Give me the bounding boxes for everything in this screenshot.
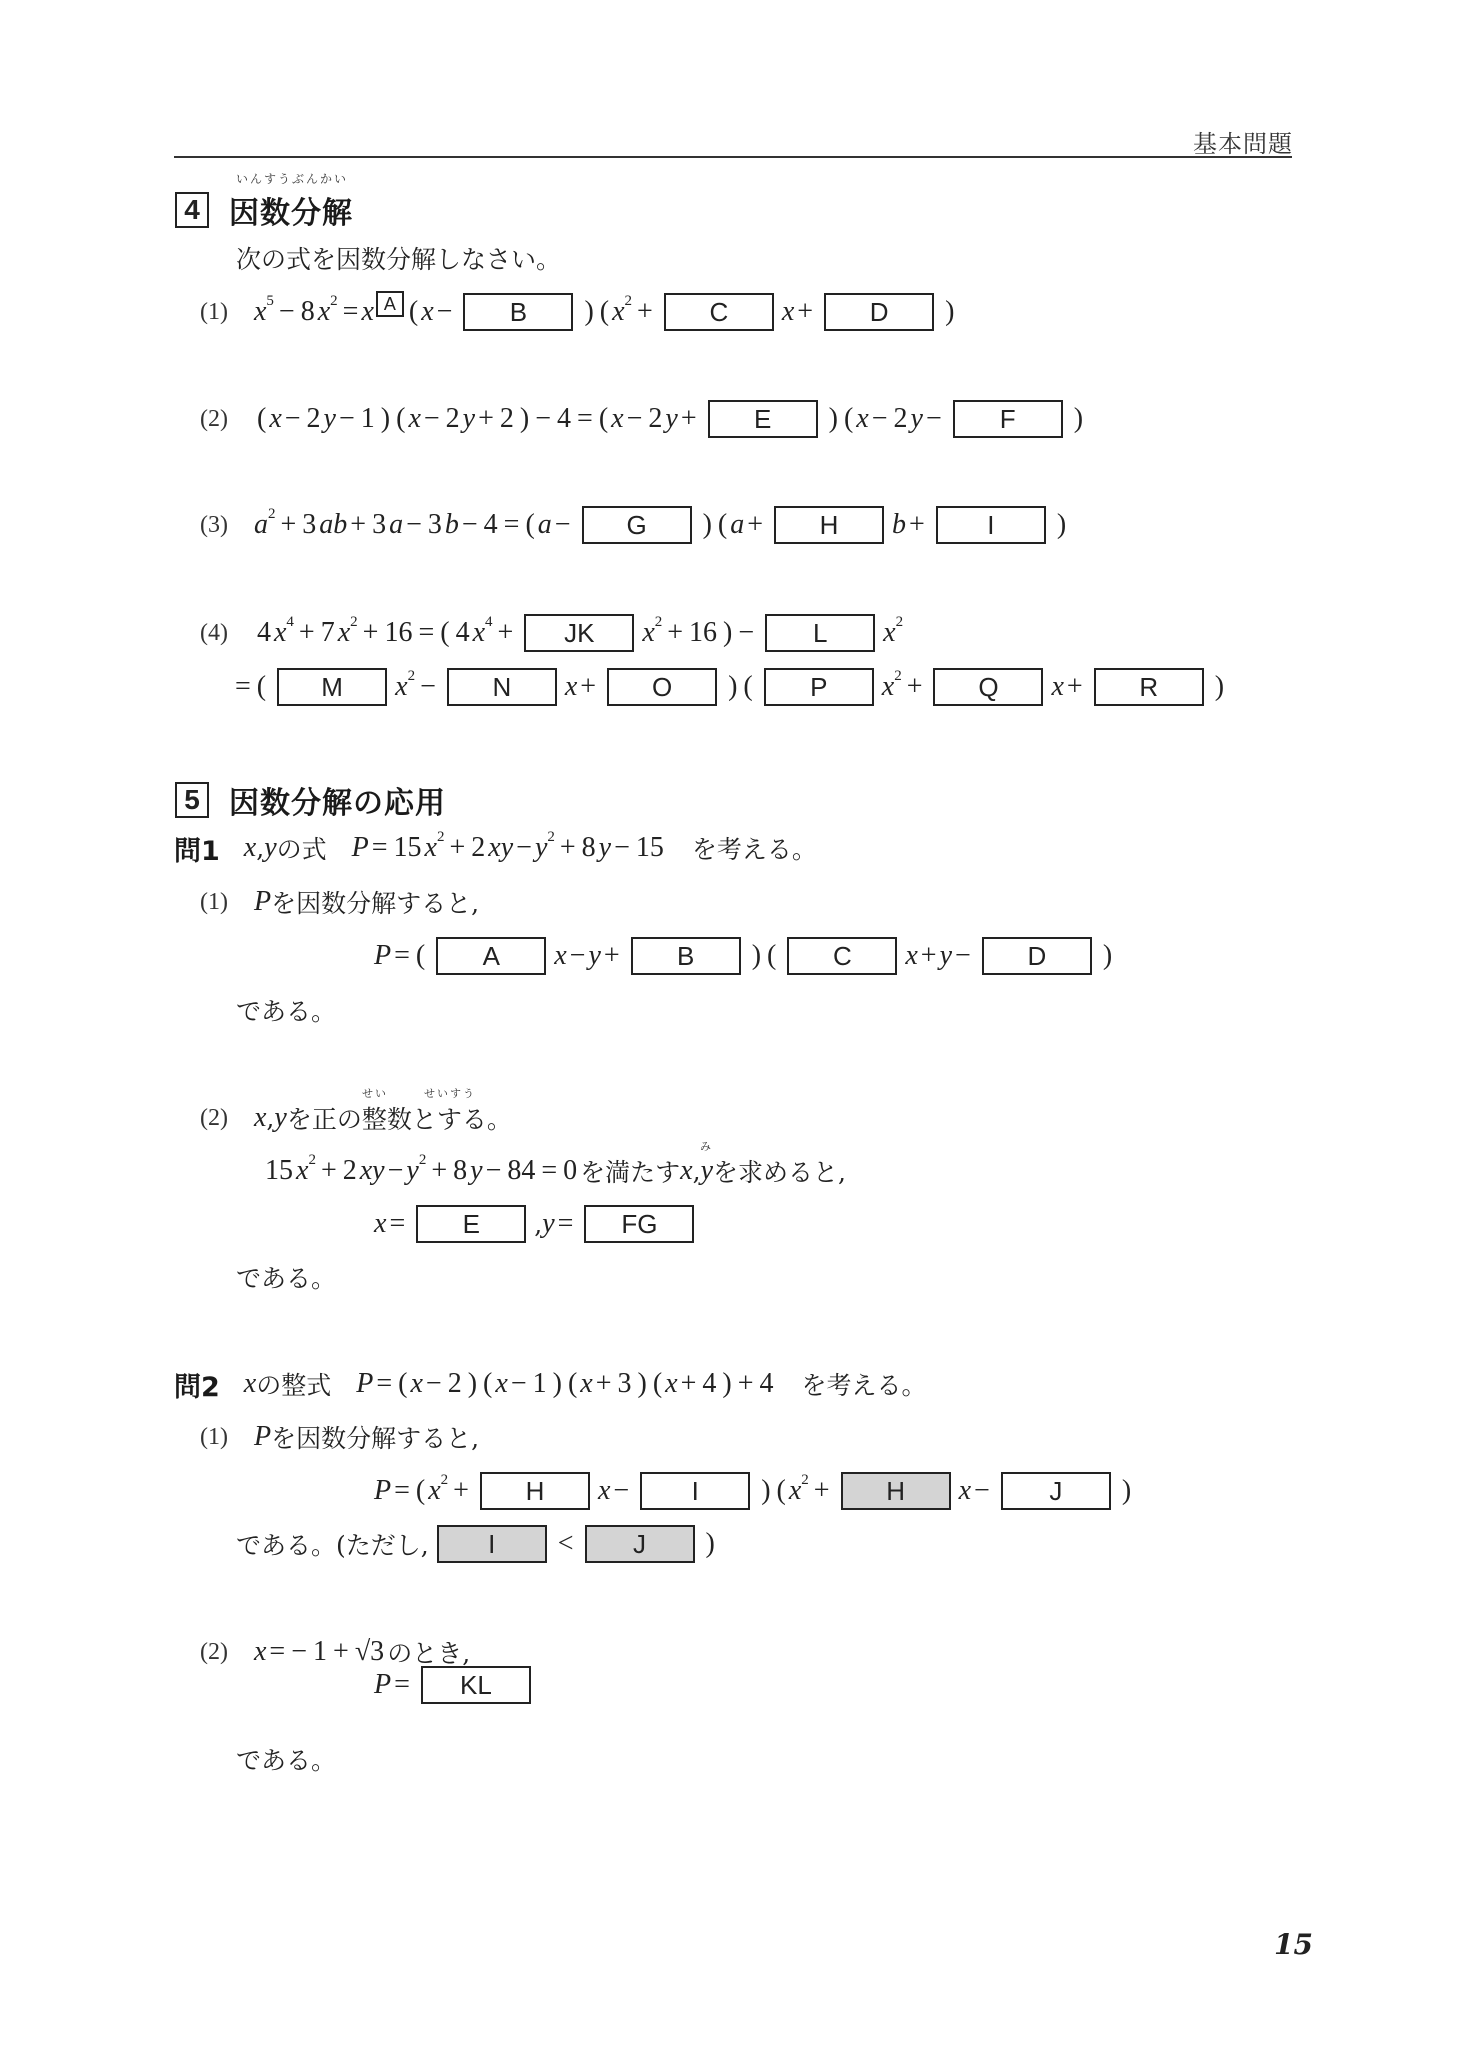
math-symbol: = <box>577 403 593 435</box>
exponent: 2 <box>441 1472 449 1489</box>
math-symbol: − <box>279 296 295 328</box>
math-symbol: ) <box>706 1528 715 1560</box>
math-symbol: − <box>555 509 571 541</box>
answer-box-shaded: I <box>437 1525 547 1563</box>
math-variable: x <box>665 1368 677 1400</box>
math-symbol: ( <box>398 1368 407 1400</box>
math-variable: P <box>254 1421 271 1453</box>
answer-box: E <box>416 1205 526 1243</box>
math-variable: y <box>535 832 547 864</box>
math-symbol: + <box>299 617 315 649</box>
math-symbol: − <box>424 403 440 435</box>
math-variable: x <box>882 671 894 703</box>
math-symbol: − <box>613 1475 629 1507</box>
math-variable: x <box>642 617 654 649</box>
exponent: 2 <box>408 668 416 685</box>
math-symbol: − <box>570 940 586 972</box>
math-symbol: ( <box>409 296 418 328</box>
math-symbol: 4 <box>702 1368 716 1400</box>
math-symbol: − <box>406 509 422 541</box>
answer-box: D <box>982 937 1092 975</box>
exponent: 5 <box>266 293 274 310</box>
math-symbol: ) <box>1103 940 1112 972</box>
math-symbol: = <box>418 617 434 649</box>
math-variable: x <box>361 296 373 328</box>
math-symbol: 15 <box>265 1155 293 1187</box>
math-symbol: = <box>269 1636 285 1668</box>
math-variable: x <box>374 1208 386 1240</box>
math-symbol: − <box>486 1155 502 1187</box>
math-symbol: − <box>516 832 532 864</box>
math-symbol: 16 <box>384 617 412 649</box>
math-variable: a <box>254 509 268 541</box>
answer-box: L <box>765 614 875 652</box>
math-symbol: ( <box>568 1368 577 1400</box>
math-variable: P <box>352 832 369 864</box>
math-variable: x <box>425 832 437 864</box>
math-variable: x <box>244 832 256 864</box>
answer-box: C <box>664 293 774 331</box>
answer-box: Q <box>933 668 1043 706</box>
math-symbol: + <box>333 1636 349 1668</box>
row-s4-q3: (3)a2+3ab+3a−3b−4=(a−G)(a+Hb+I) <box>200 503 1069 547</box>
math-symbol: = <box>372 832 388 864</box>
math-symbol: 2 <box>307 403 321 435</box>
math-symbol: = <box>394 1475 410 1507</box>
math-symbol: + <box>498 617 514 649</box>
math-variable: x <box>905 940 917 972</box>
math-variable: y <box>470 1155 482 1187</box>
math-symbol: + <box>814 1475 830 1507</box>
row-s4-instruction: 次の式を因数分解しなさい。 <box>236 236 561 280</box>
text: , <box>256 834 264 863</box>
math-symbol: − <box>535 403 551 435</box>
math-symbol: ) <box>1215 671 1224 703</box>
text: を因数分解すると, <box>271 1419 479 1455</box>
exponent: 2 <box>350 614 358 631</box>
math-symbol: − <box>738 617 754 649</box>
answer-box: D <box>824 293 934 331</box>
math-symbol: = <box>394 1669 410 1701</box>
math-symbol: 84 <box>507 1155 535 1187</box>
math-symbol: ( <box>416 1475 425 1507</box>
item-label: (2) <box>200 406 228 433</box>
math-symbol: + <box>453 1475 469 1507</box>
answer-box: H <box>480 1472 590 1510</box>
math-symbol: + <box>478 403 494 435</box>
section-title: 因数分解の応用 <box>229 778 446 822</box>
row-s5-mon1-q1-end: である。 <box>236 988 336 1032</box>
answer-box: F <box>953 400 1063 438</box>
math-symbol: 0 <box>563 1155 577 1187</box>
math-symbol: − <box>627 403 643 435</box>
math-symbol: ) <box>638 1368 647 1400</box>
math-variable: x <box>410 1368 422 1400</box>
math-symbol: − <box>462 509 478 541</box>
exponent: 2 <box>801 1472 809 1489</box>
math-variable: b <box>445 509 459 541</box>
math-symbol: 4 <box>557 403 571 435</box>
math-symbol: 3 <box>372 509 386 541</box>
math-symbol: − <box>285 403 301 435</box>
math-variable: x <box>598 1475 610 1507</box>
answer-box: P <box>764 668 874 706</box>
math-symbol: ) <box>723 617 732 649</box>
section-4-heading: 4 因数分解 <box>175 188 353 232</box>
math-symbol: ( <box>743 671 752 703</box>
math-symbol: = <box>343 296 359 328</box>
math-symbol: ( <box>777 1475 786 1507</box>
math-symbol: < <box>558 1528 574 1560</box>
math-variable: x <box>296 1155 308 1187</box>
math-variable: x <box>408 403 420 435</box>
exponent: 2 <box>268 506 276 523</box>
answer-box: C <box>787 937 897 975</box>
row-s5-mon1-q2: (2)x, y を正の整数とする。 <box>200 1096 512 1140</box>
row-s5-mon1-q2-ans: x=E, y=FG <box>374 1202 702 1246</box>
math-symbol: 7 <box>321 617 335 649</box>
item-label: (2) <box>200 1639 228 1666</box>
math-variable: y <box>406 1155 418 1187</box>
text: である。 <box>236 992 336 1028</box>
math-symbol: + <box>907 671 923 703</box>
exponent: 4 <box>485 614 493 631</box>
math-symbol: ( <box>599 403 608 435</box>
math-symbol: − <box>420 671 436 703</box>
exponent: 2 <box>896 614 904 631</box>
row-s4-q4-line1: (4)4x4+7x2+16=(4x4+JKx2+16)−Lx2 <box>200 611 905 655</box>
math-symbol: 1 <box>533 1368 547 1400</box>
math-symbol: 2 <box>471 832 485 864</box>
row-s5-mon2: 問2x の整式 P=(x−2)(x−1)(x+3)(x+4)+4 を考える。 <box>174 1362 927 1406</box>
math-symbol: + <box>909 509 925 541</box>
math-symbol: − <box>437 296 453 328</box>
row-s5-mon2-q1: (1)P を因数分解すると, <box>200 1415 479 1459</box>
exponent: 2 <box>419 1152 427 1169</box>
math-symbol: + <box>681 403 697 435</box>
math-symbol: 2 <box>343 1155 357 1187</box>
math-variable: a <box>538 509 552 541</box>
math-variable: P <box>374 1669 391 1701</box>
math-symbol: + <box>560 832 576 864</box>
math-symbol: + <box>797 296 813 328</box>
text: である。 <box>236 1741 336 1777</box>
math-symbol: 2 <box>448 1368 462 1400</box>
math-variable: x <box>244 1368 256 1400</box>
item-label: (3) <box>200 512 228 539</box>
row-s5-mon1: 問1x, y の式 P=15x2+2xy−y2+8y−15 を考える。 <box>174 826 817 870</box>
math-symbol: ) <box>728 671 737 703</box>
math-symbol: ( <box>396 403 405 435</box>
answer-box-small: A <box>376 291 404 317</box>
math-symbol: 3 <box>618 1368 632 1400</box>
text: , <box>534 1210 542 1239</box>
math-variable: P <box>374 1475 391 1507</box>
math-symbol: + <box>604 940 620 972</box>
exponent: 2 <box>437 829 445 846</box>
math-variable: x <box>254 1636 266 1668</box>
math-symbol: − <box>291 1636 307 1668</box>
math-symbol: 3 <box>428 509 442 541</box>
math-symbol: 8 <box>301 296 315 328</box>
math-variable: x <box>1051 671 1063 703</box>
math-variable: x <box>611 403 623 435</box>
math-symbol: + <box>667 617 683 649</box>
math-symbol: ( <box>257 671 266 703</box>
section-4-ruby: いんすうぶんかい <box>236 170 348 187</box>
math-symbol: ( <box>416 940 425 972</box>
math-symbol: + <box>431 1155 447 1187</box>
text: , <box>693 1157 701 1186</box>
answer-box: JK <box>524 614 634 652</box>
math-symbol: = <box>504 509 520 541</box>
row-s4-q1: (1)x5−8x2=xA(x−B)(x2+Cx+D) <box>200 290 957 334</box>
math-symbol: 15 <box>636 832 664 864</box>
exponent: 4 <box>286 614 294 631</box>
math-variable: P <box>374 940 391 972</box>
answer-box: B <box>463 293 573 331</box>
answer-box: FG <box>584 1205 694 1243</box>
answer-box: M <box>277 668 387 706</box>
row-s5-mon1-q1: (1)P を因数分解すると, <box>200 880 479 924</box>
question-label: 問1 <box>174 829 220 868</box>
exponent: 2 <box>655 614 663 631</box>
math-variable: x <box>789 1475 801 1507</box>
math-symbol: − <box>339 403 355 435</box>
math-variable: x <box>565 671 577 703</box>
math-symbol: ) <box>468 1368 477 1400</box>
text: を満たす <box>580 1153 680 1189</box>
math-symbol: ) <box>722 1368 731 1400</box>
row-s5-mon2-q1-end: である。(ただし, I<J) <box>236 1522 718 1566</box>
math-symbol: − <box>926 403 942 435</box>
math-symbol: 3 <box>302 509 316 541</box>
math-symbol: + <box>681 1368 697 1400</box>
section-title: 因数分解 <box>229 188 353 232</box>
math-symbol: ) <box>584 296 593 328</box>
math-variable: x <box>254 296 266 328</box>
answer-box-shaded: H <box>841 1472 951 1510</box>
math-symbol: ) <box>1122 1475 1131 1507</box>
text: である。 <box>236 1259 336 1295</box>
math-symbol: + <box>280 509 296 541</box>
math-symbol: ) <box>703 509 712 541</box>
math-variable: y <box>940 940 952 972</box>
math-symbol: = <box>235 671 251 703</box>
item-label: (1) <box>200 299 228 326</box>
math-variable: b <box>892 509 906 541</box>
answer-box: H <box>774 506 884 544</box>
math-symbol: + <box>350 509 366 541</box>
text: を考える。 <box>667 830 817 866</box>
item-label: (4) <box>200 620 228 647</box>
math-symbol: + <box>1067 671 1083 703</box>
math-variable: x <box>254 1102 266 1134</box>
math-symbol: 4 <box>257 617 271 649</box>
math-variable: x <box>612 296 624 328</box>
text: 次の式を因数分解しなさい。 <box>236 240 561 276</box>
math-variable: x <box>883 617 895 649</box>
text: を因数分解すると, <box>271 884 479 920</box>
math-variable: x <box>680 1155 692 1187</box>
math-variable: a <box>389 509 403 541</box>
math-variable: y <box>542 1208 554 1240</box>
exponent: 2 <box>330 293 338 310</box>
math-variable: y <box>701 1155 713 1187</box>
math-variable: y <box>599 832 611 864</box>
math-variable: x <box>338 617 350 649</box>
math-variable: y <box>463 403 475 435</box>
math-symbol: ( <box>653 1368 662 1400</box>
row-s5-mon1-q1-eq: P=(Ax−y+B)(Cx+y−D) <box>374 934 1115 978</box>
row-s5-mon2-q2-eq: P=KL <box>374 1663 539 1707</box>
math-variable: x <box>580 1368 592 1400</box>
question-label: 問2 <box>174 1365 220 1404</box>
answer-box: KL <box>421 1666 531 1704</box>
section-number-badge: 4 <box>175 192 209 228</box>
math-symbol: + <box>580 671 596 703</box>
math-symbol: ( <box>257 403 266 435</box>
section-5-heading: 5 因数分解の応用 <box>175 778 446 822</box>
math-symbol: + <box>321 1155 337 1187</box>
math-variable: a <box>730 509 744 541</box>
math-symbol: 2 <box>446 403 460 435</box>
text: を正の整数とする。 <box>287 1100 512 1136</box>
item-label: (1) <box>200 1424 228 1451</box>
math-symbol: + <box>637 296 653 328</box>
exponent: 2 <box>547 829 555 846</box>
math-symbol: ( <box>483 1368 492 1400</box>
math-variable: x <box>782 296 794 328</box>
math-symbol: 8 <box>453 1155 467 1187</box>
answer-box: I <box>936 506 1046 544</box>
math-variable: y <box>264 832 276 864</box>
text: を求めると, <box>713 1153 846 1189</box>
math-symbol: + <box>363 617 379 649</box>
exponent: 2 <box>308 1152 316 1169</box>
math-symbol: − <box>426 1368 442 1400</box>
math-symbol: − <box>388 1155 404 1187</box>
math-variable: xy <box>488 832 513 864</box>
item-label: (1) <box>200 889 228 916</box>
text: である。(ただし, <box>236 1526 429 1562</box>
math-symbol: 15 <box>394 832 422 864</box>
page-header-title: 基本問題 <box>1193 124 1293 159</box>
math-variable: x <box>856 403 868 435</box>
answer-box: E <box>708 400 818 438</box>
math-symbol: ( <box>767 940 776 972</box>
header-rule <box>174 156 1292 158</box>
math-variable: x <box>269 403 281 435</box>
math-symbol: ( <box>844 403 853 435</box>
math-variable: x <box>495 1368 507 1400</box>
text: の整式 <box>256 1366 356 1402</box>
math-symbol: = <box>376 1368 392 1400</box>
math-symbol: ) <box>752 940 761 972</box>
math-variable: x <box>274 617 286 649</box>
exponent: 2 <box>894 668 902 685</box>
page-number: 15 <box>1274 1928 1313 1961</box>
math-symbol: + <box>596 1368 612 1400</box>
math-variable: P <box>356 1368 373 1400</box>
text: を考える。 <box>777 1366 927 1402</box>
math-variable: xy <box>360 1155 385 1187</box>
math-symbol: = <box>389 1208 405 1240</box>
math-symbol: ) <box>1074 403 1083 435</box>
math-symbol: ) <box>553 1368 562 1400</box>
math-symbol: ) <box>520 403 529 435</box>
math-symbol: + <box>747 509 763 541</box>
answer-box: G <box>582 506 692 544</box>
row-s5-mon2-q1-eq: P=(x2+Hx−I)(x2+Hx−J) <box>374 1469 1134 1513</box>
math-variable: y <box>665 403 677 435</box>
answer-box: I <box>640 1472 750 1510</box>
math-symbol: ) <box>829 403 838 435</box>
math-symbol: 4 <box>484 509 498 541</box>
answer-box: R <box>1094 668 1204 706</box>
row-s4-q2: (2)(x−2y−1)(x−2y+2)−4=(x−2y+E)(x−2y−F) <box>200 397 1086 441</box>
math-variable: x <box>318 296 330 328</box>
answer-box: O <box>607 668 717 706</box>
math-variable: y <box>324 403 336 435</box>
math-symbol: − <box>955 940 971 972</box>
math-symbol: − <box>974 1475 990 1507</box>
math-symbol: 1 <box>313 1636 327 1668</box>
math-symbol: ) <box>1057 509 1066 541</box>
answer-box: N <box>447 668 557 706</box>
math-symbol: ) <box>761 1475 770 1507</box>
math-symbol: 4 <box>760 1368 774 1400</box>
math-variable: y <box>911 403 923 435</box>
math-variable: x <box>395 671 407 703</box>
math-symbol: − <box>614 832 630 864</box>
answer-box: B <box>631 937 741 975</box>
row-s5-mon1-q2-end: である。 <box>236 1255 336 1299</box>
math-symbol: ( <box>718 509 727 541</box>
math-variable: ab <box>319 509 347 541</box>
math-symbol: + <box>449 832 465 864</box>
math-symbol: 1 <box>361 403 375 435</box>
math-symbol: ( <box>525 509 534 541</box>
math-symbol: + <box>738 1368 754 1400</box>
answer-box: A <box>436 937 546 975</box>
section-number-badge: 5 <box>175 782 209 818</box>
math-variable: y <box>274 1102 286 1134</box>
math-symbol: ) <box>381 403 390 435</box>
answer-box: J <box>1001 1472 1111 1510</box>
math-symbol: − <box>872 403 888 435</box>
math-symbol: 2 <box>500 403 514 435</box>
math-variable: x <box>473 617 485 649</box>
math-symbol: 16 <box>689 617 717 649</box>
math-symbol: = <box>541 1155 557 1187</box>
math-symbol: ) <box>945 296 954 328</box>
math-symbol: 4 <box>456 617 470 649</box>
math-symbol: 2 <box>648 403 662 435</box>
math-variable: P <box>254 886 271 918</box>
answer-box-shaded: J <box>585 1525 695 1563</box>
item-label: (2) <box>200 1105 228 1132</box>
exponent: 2 <box>625 293 633 310</box>
math-symbol: 2 <box>894 403 908 435</box>
math-symbol: 8 <box>582 832 596 864</box>
text: の式 <box>277 830 352 866</box>
row-s5-mon1-q2-eq: 15x2+2xy−y2+8y−84=0 を満たす x, y を求めると, <box>262 1149 846 1193</box>
row-s4-q4-line2: =(Mx2−Nx+O)(Px2+Qx+R) <box>232 665 1227 709</box>
math-symbol: − <box>511 1368 527 1400</box>
math-variable: x <box>959 1475 971 1507</box>
math-variable: x <box>421 296 433 328</box>
